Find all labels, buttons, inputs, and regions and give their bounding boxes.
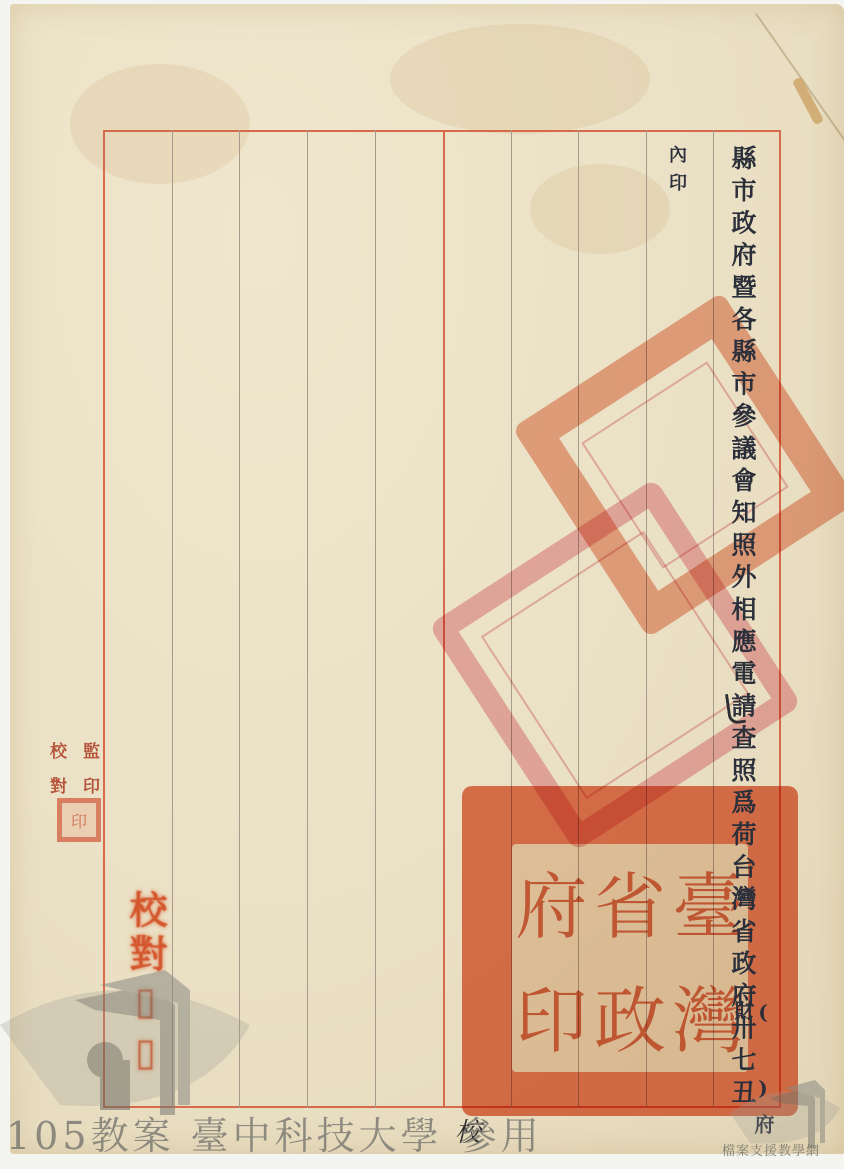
main-text-column: 縣市政府暨各縣市參議會知照外相應電請查照爲荷台灣省政府卅七丑 — [730, 145, 755, 1111]
red-signature: 校對▯▯ — [118, 890, 173, 1080]
paper-tear — [792, 77, 824, 126]
column-rule — [239, 130, 240, 1108]
small-seal-text: 印 — [62, 803, 96, 837]
column-rule — [375, 130, 376, 1108]
seal-glyph: 政 — [591, 958, 670, 1072]
watermark-site-name: 檔案支援教學網 — [722, 1140, 820, 1159]
archive-logo-small-icon — [730, 1078, 840, 1148]
seal-glyph: 省 — [591, 844, 670, 958]
small-seal: 印 — [57, 798, 101, 842]
paper-stain — [390, 24, 650, 134]
column-rule — [307, 130, 308, 1108]
watermark-caption: 105教案 臺中科技大學 參用 — [6, 1105, 543, 1160]
seal-glyph: 府 — [512, 844, 591, 958]
internal-seal-label: 內印 — [667, 145, 685, 201]
seal-glyph: 印 — [512, 958, 591, 1072]
